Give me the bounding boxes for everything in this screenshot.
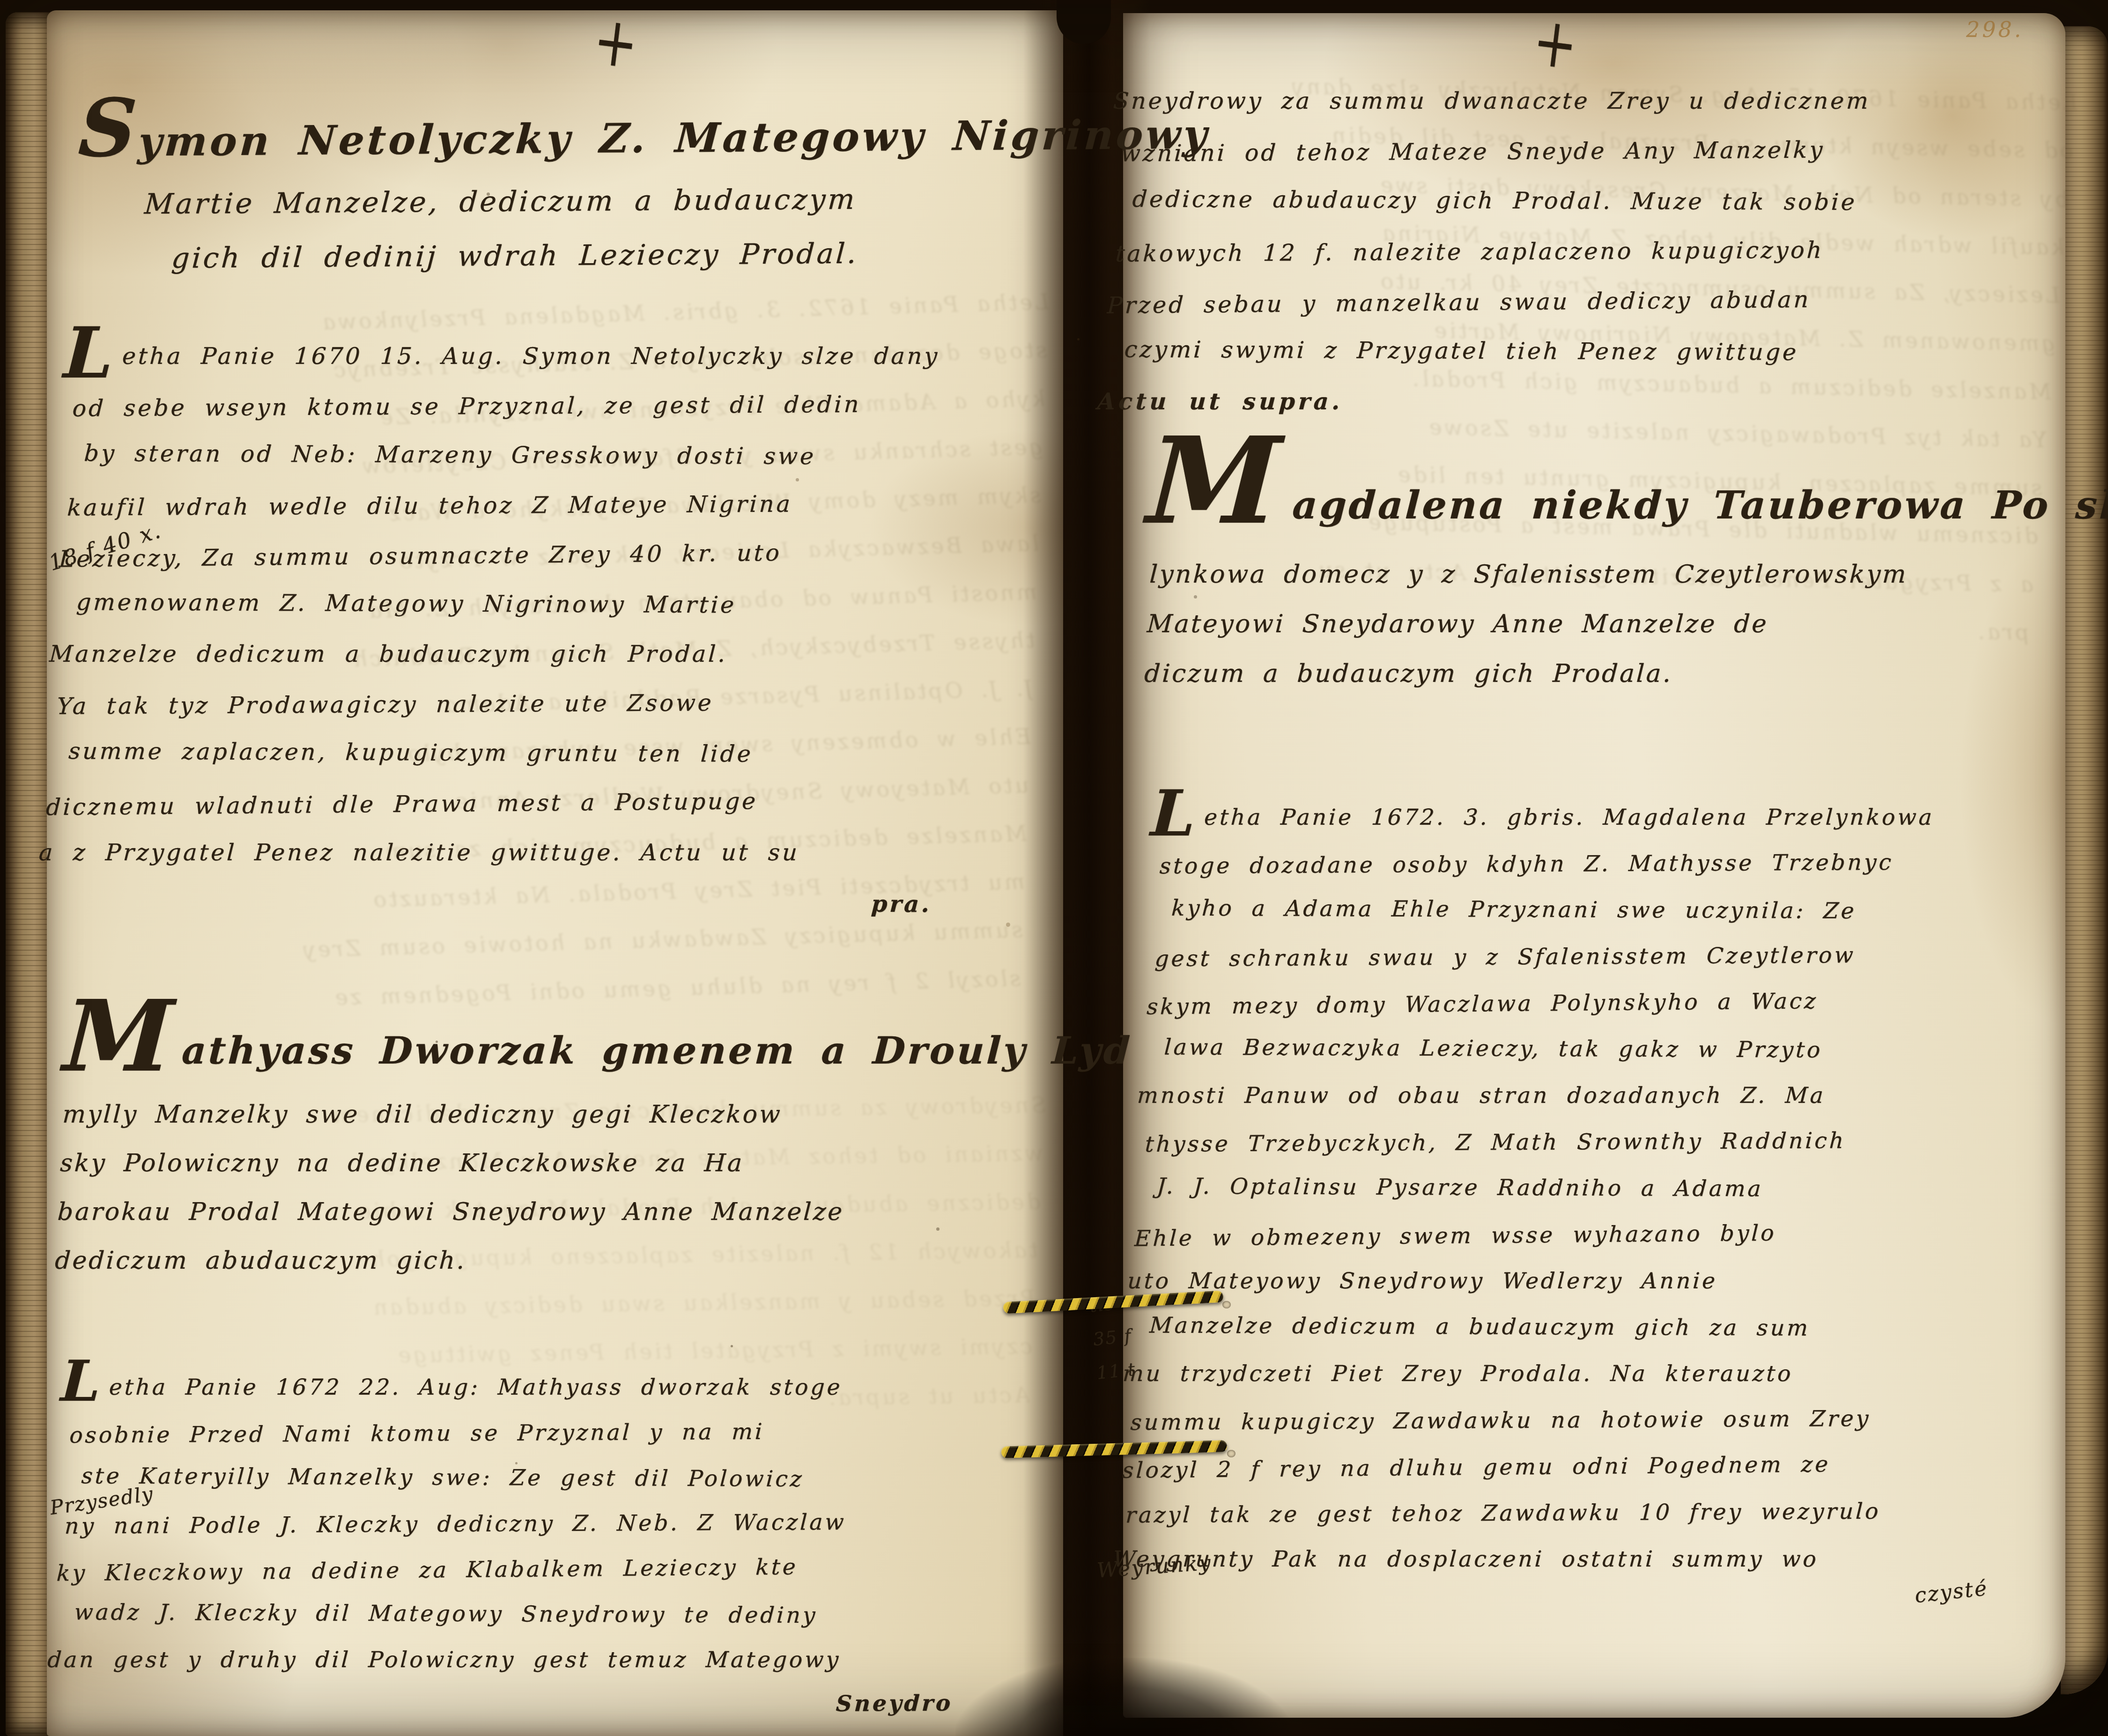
- cross-mark: +: [589, 0, 643, 84]
- entry-text-line: J. J. Optalinsu Pysarze Raddniho a Adama: [1155, 1163, 2091, 1214]
- entry-text-line: wzniani od tehoz Mateze Sneyde Any Manze…: [1119, 124, 2082, 179]
- entry-text-line: mu trzydczeti Piet Zrey Prodala. Na kter…: [1122, 1351, 2057, 1397]
- entry-text-line: skym mezy domy Waczlawa Polynskyho a Wac…: [1146, 975, 2081, 1030]
- entry-text-line: dicznemu wladnuti dle Prawa mest a Postu…: [45, 774, 1059, 833]
- entry-text-line: takowych 12 f. nalezite zaplaczeno kupug…: [1114, 224, 2077, 279]
- entry-text-line: uto Mateyowy Sneydrowy Wedlerzy Annie: [1126, 1258, 2062, 1304]
- heading-line: mylly Manzelky swe dil dediczny gegi Kle…: [61, 1090, 1066, 1139]
- entry-text-line: Manzelze dediczum a budauczym gich Proda…: [48, 629, 1062, 679]
- cross-mark: +: [1529, 1, 1582, 85]
- entry-text-line: wadz J. Kleczky dil Mategowy Sneydrowy t…: [73, 1589, 1085, 1639]
- heading-line: gich dil dedinij wdrah Lezieczy Prodal.: [170, 225, 1061, 286]
- entry-text-line: Sneydro: [54, 1680, 1066, 1730]
- heading-line: Mathyass Dworzak gmenem a Drouly Lyd: [64, 1011, 1070, 1090]
- entry-text-line: ny nani Podle J. Kleczky dediczny Z. Neb…: [64, 1498, 1076, 1549]
- record-entry-1670: Letha Panie 1670 15. Aug. Symon Netolycz…: [35, 332, 1078, 927]
- record-heading-magdalena: Magdalena niekdy Tauberowa Po slese Prze…: [1143, 461, 2074, 699]
- entry-text-line: by steran od Neb: Marzeny Gresskowy dost…: [83, 428, 1097, 482]
- entry-text-line: kaufil wdrah wedle dilu tehoz Z Mateye N…: [66, 478, 1080, 532]
- heading-line: sky Polowiczny na dedine Kleczkowske za …: [59, 1139, 1064, 1188]
- entry-text-line: osobnie Przed Nami ktomu se Przyznal y n…: [68, 1407, 1080, 1458]
- manuscript-book-spread: Letha Panie 1672. 3. gbris. Magdalena Pr…: [0, 0, 2108, 1736]
- entry-text-line: Sneydrowy za summu dwanaczte Zrey u dedi…: [1112, 76, 2075, 126]
- entry-text-line: Manzelze dediczum a budauczym gich za su…: [1148, 1302, 2084, 1353]
- record-entry-continuation: Sneydrowy za summu dwanaczte Zrey u dedi…: [1096, 76, 2074, 427]
- heading-line: dediczum abudauczym gich.: [54, 1236, 1058, 1285]
- heading-line: Martie Manzelze, dediczum a budauczym: [143, 171, 1065, 232]
- entry-text-line: Przed sebau y manzelkau swau dediczy abu…: [1106, 272, 2069, 331]
- entry-text-line: Weygrunty Pak na dosplaczeni ostatni sum…: [1112, 1536, 2047, 1582]
- record-heading-mathyass: Mathyass Dworzak gmenem a Drouly Lyd myl…: [54, 1011, 1071, 1285]
- heading-line: Magdalena niekdy Tauberowa Po slese Prze: [1151, 461, 2073, 550]
- folio-number: 298.: [1966, 17, 2023, 42]
- binding-gutter-notch: [1057, 0, 1111, 44]
- record-entry-1672-left: Letha Panie 1672 22. Aug: Mathyass dworz…: [44, 1365, 1073, 1728]
- entry-text-line: ky Kleczkowy na dedine za Klabalkem Lezi…: [56, 1542, 1068, 1596]
- entry-text-line: a z Przygatel Penez nalezitie gwittuge. …: [37, 828, 1052, 878]
- entry-text-line: dediczne abudauczy gich Prodal. Muze tak…: [1131, 174, 2094, 229]
- entry-text-line: kyho a Adama Ehle Przyznani swe uczynila…: [1170, 885, 2106, 936]
- entry-text-line: summe zaplaczen, kupugiczym gruntu ten l…: [67, 726, 1081, 780]
- entry-text-line: Letha Panie 1670 15. Aug. Symon Netolycz…: [64, 332, 1078, 381]
- entry-text-line: slozyl 2 f rey na dluhu gemu odni Pogedn…: [1121, 1439, 2056, 1493]
- stitch-hole: [1227, 1450, 1235, 1457]
- entry-text-line: czymi swymi z Przygatel tieh Penez gwitt…: [1123, 325, 2086, 379]
- heading-line: Mateyowi Sneydarowy Anne Manzelze de: [1146, 599, 2066, 649]
- entry-text-line: thysse Trzebyczkych, Z Math Srownthy Rad…: [1144, 1116, 2079, 1167]
- entry-text-line: Letha Panie 1672 22. Aug: Mathyass dworz…: [60, 1365, 1072, 1410]
- entry-text-line: ste Kateryilly Manzelky swe: Ze gest dil…: [80, 1453, 1092, 1503]
- entry-text-line: gest schranku swau y z Sfalenisstem Czey…: [1154, 931, 2089, 982]
- entry-text-line: razyl tak ze gest tehoz Zawdawku 10 frey…: [1124, 1487, 2060, 1538]
- entry-text-line: Ya tak tyz Prodawagiczy nalezite ute Zso…: [56, 676, 1070, 731]
- entry-text-line: stoge dozadane osoby kdyhn Z. Mathysse T…: [1159, 838, 2094, 889]
- entry-text-line: od sebe wseyn ktomu se Przyznal, ze gest…: [71, 378, 1086, 433]
- record-entry-1672-right: Letha Panie 1672. 3. gbris. Magdalena Pr…: [1112, 794, 2086, 1582]
- right-page: Letha Panie 1670 15. Aug. Symon Netolycz…: [1123, 13, 2065, 1718]
- entry-text-line: pra.: [59, 875, 1074, 929]
- left-page: Letha Panie 1672. 3. gbris. Magdalena Pr…: [47, 10, 1063, 1736]
- entry-text-line: Ehle w obmezeny swem wsse wyhazano bylo: [1133, 1207, 2069, 1262]
- entry-text-line: gmenowanem Z. Mategowy Nigrinowy Martie: [75, 577, 1089, 631]
- entry-text-line: Letha Panie 1672. 3. gbris. Magdalena Pr…: [1151, 794, 2086, 841]
- entry-text-line: summu kupugiczy Zawdawku na hotowie osum…: [1129, 1395, 2064, 1446]
- margin-note: 35 f: [1091, 1319, 1134, 1356]
- heading-line: diczum a budauczym gich Prodala.: [1143, 649, 2064, 699]
- heading-line: lynkowa domecz y z Sfalenisstem Czeytler…: [1148, 550, 2069, 599]
- heading-line: barokau Prodal Mategowi Sneydrowy Anne M…: [56, 1188, 1061, 1236]
- stitch-hole: [1222, 1301, 1231, 1308]
- entry-text-line: lawa Bezwaczyka Lezieczy, tak gakz w Prz…: [1163, 1024, 2098, 1075]
- entry-text-line: mnosti Panuw od obau stran dozadanych Z.…: [1136, 1072, 2071, 1119]
- heading-line: Symon Netolyczky Z. Mategowy Nigrinowy: [76, 101, 1069, 178]
- record-heading-symon: Symon Netolyczky Z. Mategowy Nigrinowy M…: [69, 101, 1069, 287]
- margin-note: 11 t: [1095, 1352, 1138, 1389]
- entry-text-line: Lezieczy, Za summu osumnaczte Zrey 40 kr…: [58, 526, 1072, 584]
- entry-text-line: dan gest y druhy dil Polowiczny gest tem…: [46, 1637, 1058, 1683]
